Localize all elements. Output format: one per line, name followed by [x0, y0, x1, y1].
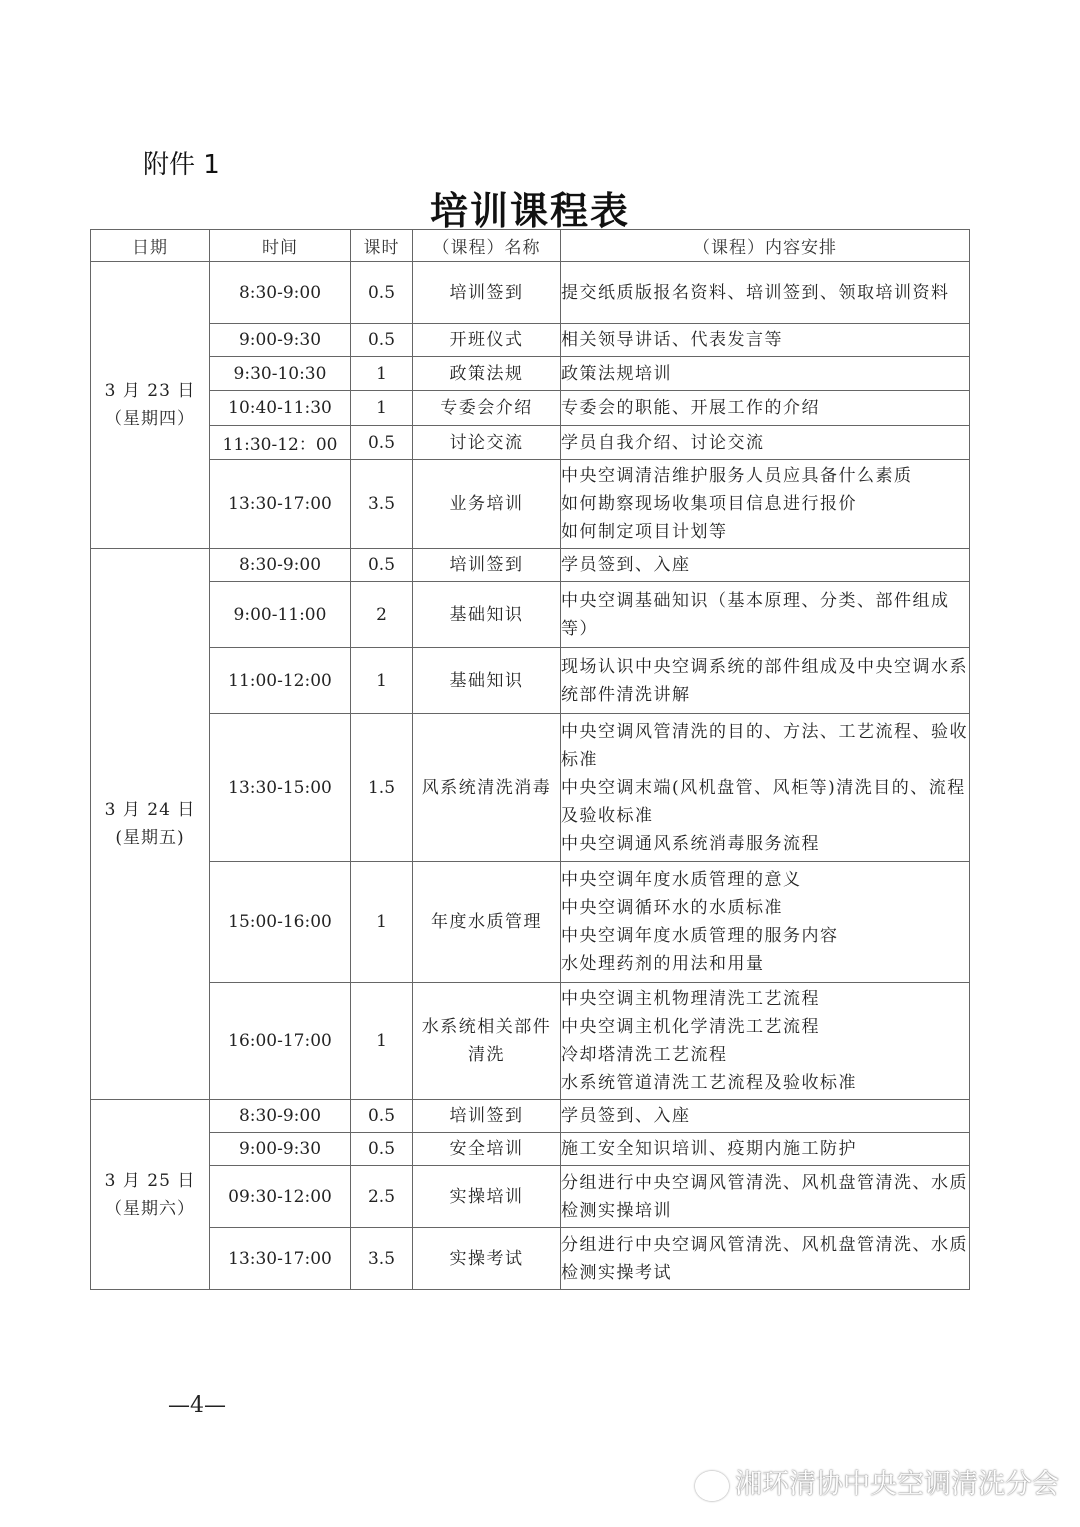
content-line: 相关领导讲话、代表发言等	[561, 326, 969, 354]
header-course-name: （课程）名称	[413, 230, 561, 262]
weekday-text: （星期六）	[91, 1195, 209, 1223]
course-name-text: 培训签到	[450, 1106, 524, 1126]
table-row: 3 月 25 日（星期六）8:30-9:000.5培训签到学员签到、入座	[91, 1100, 970, 1133]
course-content-cell: 中央空调年度水质管理的意义中央空调循环水的水质标准中央空调年度水质管理的服务内容…	[561, 862, 970, 983]
content-line: 专委会的职能、开展工作的介绍	[561, 394, 969, 422]
date-text: 3 月 25 日	[91, 1167, 209, 1195]
course-name-cell: 基础知识	[413, 582, 561, 648]
course-name-text: 基础知识	[450, 605, 524, 625]
table-row: 9:00-9:300.5安全培训施工安全知识培训、疫期内施工防护	[91, 1133, 970, 1166]
content-line: 水处理药剂的用法和用量	[561, 950, 969, 978]
date-cell: 3 月 25 日（星期六）	[91, 1100, 210, 1290]
content-line: 中央空调年度水质管理的服务内容	[561, 922, 969, 950]
course-content-cell: 专委会的职能、开展工作的介绍	[561, 391, 970, 426]
course-name-text: 培训签到	[450, 283, 524, 303]
hours-cell: 0.5	[351, 426, 413, 460]
header-date: 日期	[91, 230, 210, 262]
watermark: 湘环清协中央空调清洗分会	[695, 1462, 1059, 1501]
time-cell: 8:30-9:00	[210, 1100, 351, 1133]
course-name-cell: 培训签到	[413, 262, 561, 324]
date-cell: 3 月 24 日(星期五)	[91, 549, 210, 1100]
attachment-label: 附件 1	[143, 144, 220, 181]
hours-cell: 0.5	[351, 262, 413, 324]
course-content-cell: 学员自我介绍、讨论交流	[561, 426, 970, 460]
course-name-text: 讨论交流	[450, 433, 524, 453]
course-content-cell: 学员签到、入座	[561, 1100, 970, 1133]
header-course-content: （课程）内容安排	[561, 230, 970, 262]
time-cell: 13:30-15:00	[210, 714, 351, 862]
hours-cell: 2	[351, 582, 413, 648]
content-line: 学员自我介绍、讨论交流	[561, 429, 969, 457]
content-line: 中央空调通风系统消毒服务流程	[561, 830, 969, 858]
hours-cell: 1	[351, 391, 413, 426]
course-name-cell: 年度水质管理	[413, 862, 561, 983]
content-line: 分组进行中央空调风管清洗、风机盘管清洗、水质检测实操培训	[561, 1169, 969, 1225]
course-content-cell: 政策法规培训	[561, 357, 970, 391]
time-cell: 13:30-17:00	[210, 1228, 351, 1290]
content-line: 政策法规培训	[561, 360, 969, 388]
table-row: 15:00-16:001年度水质管理中央空调年度水质管理的意义中央空调循环水的水…	[91, 862, 970, 983]
course-name-text: 风系统清洗消毒	[422, 778, 552, 798]
page-title: 培训课程表	[0, 180, 1060, 235]
course-name-text: 政策法规	[450, 364, 524, 384]
course-name-cell: 实操考试	[413, 1228, 561, 1290]
course-name-text: 开班仪式	[450, 330, 524, 350]
course-name-cell: 实操培训	[413, 1166, 561, 1228]
course-name-cell: 风系统清洗消毒	[413, 714, 561, 862]
content-line: 分组进行中央空调风管清洗、风机盘管清洗、水质检测实操考试	[561, 1231, 969, 1287]
course-name-cell: 业务培训	[413, 460, 561, 549]
table-row: 9:00-9:300.5开班仪式相关领导讲话、代表发言等	[91, 324, 970, 357]
content-line: 学员签到、入座	[561, 1102, 969, 1130]
table-row: 3 月 23 日（星期四）8:30-9:000.5培训签到提交纸质版报名资料、培…	[91, 262, 970, 324]
content-line: 中央空调基础知识（基本原理、分类、部件组成等）	[561, 587, 969, 643]
course-name-cell: 讨论交流	[413, 426, 561, 460]
hours-cell: 1	[351, 983, 413, 1100]
course-name-cell: 培训签到	[413, 1100, 561, 1133]
course-name-text: 水系统相关部件清洗	[422, 1017, 552, 1065]
course-content-cell: 施工安全知识培训、疫期内施工防护	[561, 1133, 970, 1166]
table-row: 13:30-17:003.5业务培训中央空调清洁维护服务人员应具备什么素质如何勘…	[91, 460, 970, 549]
course-name-text: 基础知识	[450, 671, 524, 691]
content-line: 水系统管道清洗工艺流程及验收标准	[561, 1069, 969, 1097]
hours-cell: 0.5	[351, 1133, 413, 1166]
content-line: 中央空调清洁维护服务人员应具备什么素质	[561, 462, 969, 490]
course-content-cell: 中央空调基础知识（基本原理、分类、部件组成等）	[561, 582, 970, 648]
course-content-cell: 现场认识中央空调系统的部件组成及中央空调水系统部件清洗讲解	[561, 648, 970, 714]
date-cell: 3 月 23 日（星期四）	[91, 262, 210, 549]
course-name-text: 安全培训	[450, 1139, 524, 1159]
content-line: 中央空调末端(风机盘管、风柜等)清洗目的、流程及验收标准	[561, 774, 969, 830]
time-cell: 11:00-12:00	[210, 648, 351, 714]
course-content-cell: 中央空调风管清洗的目的、方法、工艺流程、验收标准中央空调末端(风机盘管、风柜等)…	[561, 714, 970, 862]
time-cell: 15:00-16:00	[210, 862, 351, 983]
course-name-cell: 安全培训	[413, 1133, 561, 1166]
time-cell: 9:00-9:30	[210, 1133, 351, 1166]
content-line: 中央空调年度水质管理的意义	[561, 866, 969, 894]
hours-cell: 2.5	[351, 1166, 413, 1228]
table-row: 11:30-12：000.5讨论交流学员自我介绍、讨论交流	[91, 426, 970, 460]
table-row: 13:30-17:003.5实操考试分组进行中央空调风管清洗、风机盘管清洗、水质…	[91, 1228, 970, 1290]
course-name-text: 专委会介绍	[440, 398, 533, 418]
hours-cell: 1	[351, 862, 413, 983]
table-row: 9:30-10:301政策法规政策法规培训	[91, 357, 970, 391]
hours-cell: 1	[351, 357, 413, 391]
course-content-cell: 分组进行中央空调风管清洗、风机盘管清洗、水质检测实操考试	[561, 1228, 970, 1290]
hours-cell: 3.5	[351, 460, 413, 549]
course-name-cell: 基础知识	[413, 648, 561, 714]
time-cell: 09:30-12:00	[210, 1166, 351, 1228]
course-content-cell: 分组进行中央空调风管清洗、风机盘管清洗、水质检测实操培训	[561, 1166, 970, 1228]
course-content-cell: 相关领导讲话、代表发言等	[561, 324, 970, 357]
course-name-text: 培训签到	[450, 555, 524, 575]
time-cell: 16:00-17:00	[210, 983, 351, 1100]
course-content-cell: 学员签到、入座	[561, 549, 970, 582]
content-line: 如何勘察现场收集项目信息进行报价	[561, 490, 969, 518]
content-line: 如何制定项目计划等	[561, 518, 969, 546]
hours-cell: 0.5	[351, 549, 413, 582]
table-row: 11:00-12:001基础知识现场认识中央空调系统的部件组成及中央空调水系统部…	[91, 648, 970, 714]
header-time: 时间	[210, 230, 351, 262]
table-row: 13:30-15:001.5风系统清洗消毒中央空调风管清洗的目的、方法、工艺流程…	[91, 714, 970, 862]
time-cell: 9:00-11:00	[210, 582, 351, 648]
course-content-cell: 中央空调清洁维护服务人员应具备什么素质如何勘察现场收集项目信息进行报价如何制定项…	[561, 460, 970, 549]
wechat-icon	[695, 1471, 729, 1501]
course-name-cell: 开班仪式	[413, 324, 561, 357]
table-body: 3 月 23 日（星期四）8:30-9:000.5培训签到提交纸质版报名资料、培…	[91, 262, 970, 1290]
time-cell: 9:30-10:30	[210, 357, 351, 391]
course-name-text: 业务培训	[450, 494, 524, 514]
weekday-text: （星期四）	[91, 405, 209, 433]
weekday-text: (星期五)	[91, 824, 209, 852]
watermark-text: 湘环清协中央空调清洗分会	[735, 1469, 1059, 1500]
content-line: 学员签到、入座	[561, 551, 969, 579]
course-name-cell: 政策法规	[413, 357, 561, 391]
content-line: 中央空调循环水的水质标准	[561, 894, 969, 922]
course-name-text: 实操培训	[450, 1187, 524, 1207]
page-number: —4—	[168, 1393, 226, 1418]
table-row: 09:30-12:002.5实操培训分组进行中央空调风管清洗、风机盘管清洗、水质…	[91, 1166, 970, 1228]
table-row: 16:00-17:001水系统相关部件清洗中央空调主机物理清洗工艺流程中央空调主…	[91, 983, 970, 1100]
hours-cell: 0.5	[351, 1100, 413, 1133]
table-row: 3 月 24 日(星期五)8:30-9:000.5培训签到学员签到、入座	[91, 549, 970, 582]
time-cell: 9:00-9:30	[210, 324, 351, 357]
course-name-cell: 专委会介绍	[413, 391, 561, 426]
course-name-text: 年度水质管理	[431, 912, 542, 932]
course-content-cell: 提交纸质版报名资料、培训签到、领取培训资料	[561, 262, 970, 324]
content-line: 中央空调风管清洗的目的、方法、工艺流程、验收标准	[561, 718, 969, 774]
time-cell: 8:30-9:00	[210, 262, 351, 324]
table-row: 10:40-11:301专委会介绍专委会的职能、开展工作的介绍	[91, 391, 970, 426]
training-schedule-table: 日期 时间 课时 （课程）名称 （课程）内容安排 3 月 23 日（星期四）8:…	[90, 229, 970, 1290]
header-hours: 课时	[351, 230, 413, 262]
time-cell: 13:30-17:00	[210, 460, 351, 549]
table-header-row: 日期 时间 课时 （课程）名称 （课程）内容安排	[91, 230, 970, 262]
content-line: 施工安全知识培训、疫期内施工防护	[561, 1135, 969, 1163]
content-line: 冷却塔清洗工艺流程	[561, 1041, 969, 1069]
hours-cell: 1.5	[351, 714, 413, 862]
course-name-cell: 水系统相关部件清洗	[413, 983, 561, 1100]
hours-cell: 3.5	[351, 1228, 413, 1290]
content-line: 中央空调主机化学清洗工艺流程	[561, 1013, 969, 1041]
time-cell: 11:30-12：00	[210, 426, 351, 460]
time-cell: 10:40-11:30	[210, 391, 351, 426]
date-text: 3 月 24 日	[91, 796, 209, 824]
content-line: 现场认识中央空调系统的部件组成及中央空调水系统部件清洗讲解	[561, 653, 969, 709]
time-cell: 8:30-9:00	[210, 549, 351, 582]
course-content-cell: 中央空调主机物理清洗工艺流程中央空调主机化学清洗工艺流程冷却塔清洗工艺流程水系统…	[561, 983, 970, 1100]
hours-cell: 0.5	[351, 324, 413, 357]
content-line: 提交纸质版报名资料、培训签到、领取培训资料	[561, 279, 969, 307]
content-line: 中央空调主机物理清洗工艺流程	[561, 985, 969, 1013]
hours-cell: 1	[351, 648, 413, 714]
course-name-cell: 培训签到	[413, 549, 561, 582]
date-text: 3 月 23 日	[91, 377, 209, 405]
table-row: 9:00-11:002基础知识中央空调基础知识（基本原理、分类、部件组成等）	[91, 582, 970, 648]
course-name-text: 实操考试	[450, 1249, 524, 1269]
